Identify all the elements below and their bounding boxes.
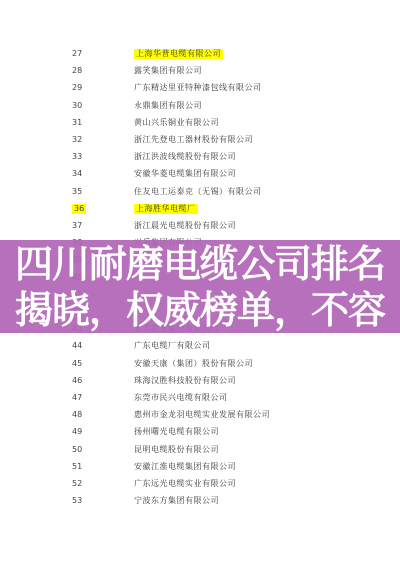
table-row: 30 永鼎集团有限公司 xyxy=(0,98,400,115)
promo-banner-headline: 四川耐磨电缆公司排名揭晓，权威榜单，不容 xyxy=(0,241,400,333)
table-row: 34 安徽华菱电缆集团有限公司 xyxy=(0,166,400,183)
company-name: 珠海汉胜科技股份有限公司 xyxy=(134,376,236,386)
company-name: 浙江洪波线缆股份有限公司 xyxy=(134,152,236,162)
rank-number: 32 xyxy=(72,135,82,145)
rank-number: 45 xyxy=(72,359,82,369)
rank-number: 34 xyxy=(72,169,82,179)
table-row: 27 上海华普电缆有限公司 xyxy=(0,46,400,63)
rank-number: 33 xyxy=(72,152,82,162)
table-row: 29 广东精达里亚特种漆包线有限公司 xyxy=(0,80,400,97)
rank-number: 37 xyxy=(72,221,82,231)
rank-number: 35 xyxy=(72,187,82,197)
table-row: 51 安徽江淮电缆集团有限公司 xyxy=(0,459,400,476)
rank-number: 36 xyxy=(72,204,86,214)
company-name: 安徽华菱电缆集团有限公司 xyxy=(134,169,236,179)
table-row: 35 住友电工运泰克（无锡）有限公司 xyxy=(0,184,400,201)
rank-number: 49 xyxy=(72,427,82,437)
table-row: 45 安徽天康（集团）股份有限公司 xyxy=(0,356,400,373)
rank-number: 28 xyxy=(72,66,82,76)
rank-number: 31 xyxy=(72,118,82,128)
table-row: 52 广东远光电缆实业有限公司 xyxy=(0,476,400,493)
company-name: 浙江晨光电缆股份有限公司 xyxy=(134,221,236,231)
company-name: 宁波东方集团有限公司 xyxy=(134,496,219,506)
rank-number: 47 xyxy=(72,393,82,403)
company-name: 安徽江淮电缆集团有限公司 xyxy=(134,462,236,472)
rank-number: 27 xyxy=(72,49,82,59)
table-row: 36 上海胜华电缆厂 xyxy=(0,201,400,218)
company-name: 住友电工运泰克（无锡）有限公司 xyxy=(134,187,262,197)
rank-number: 50 xyxy=(72,445,82,455)
company-name: 上海华普电缆有限公司 xyxy=(134,49,223,59)
rank-number: 52 xyxy=(72,479,82,489)
rank-number: 30 xyxy=(72,101,82,111)
table-row: 47 东莞市民兴电缆有限公司 xyxy=(0,390,400,407)
company-name: 永鼎集团有限公司 xyxy=(134,101,202,111)
company-name: 广东远光电缆实业有限公司 xyxy=(134,479,236,489)
company-name: 浙江先登电工器材股份有限公司 xyxy=(134,135,253,145)
rank-number: 48 xyxy=(72,410,82,420)
company-name: 惠州市金龙羽电缆实业发展有限公司 xyxy=(134,410,270,420)
company-name: 广东电缆厂有限公司 xyxy=(134,341,211,351)
company-name: 露笑集团有限公司 xyxy=(134,66,202,76)
table-row: 37 浙江晨光电缆股份有限公司 xyxy=(0,218,400,235)
company-name: 扬州曙光电缆有限公司 xyxy=(134,427,219,437)
rank-number: 29 xyxy=(72,83,82,93)
table-row: 32 浙江先登电工器材股份有限公司 xyxy=(0,132,400,149)
table-row: 44 广东电缆厂有限公司 xyxy=(0,338,400,355)
page-background: 27 上海华普电缆有限公司 28 露笑集团有限公司 29 广东精达里亚特种漆包线… xyxy=(0,0,400,566)
rank-number: 53 xyxy=(72,496,82,506)
rank-number: 51 xyxy=(72,462,82,472)
table-row: 46 珠海汉胜科技股份有限公司 xyxy=(0,373,400,390)
company-name: 东莞市民兴电缆有限公司 xyxy=(134,393,228,403)
table-row: 33 浙江洪波线缆股份有限公司 xyxy=(0,149,400,166)
company-name: 昆明电缆股份有限公司 xyxy=(134,445,219,455)
table-row: 31 黄山兴乐铜业有限公司 xyxy=(0,115,400,132)
table-row: 28 露笑集团有限公司 xyxy=(0,63,400,80)
company-name: 安徽天康（集团）股份有限公司 xyxy=(134,359,253,369)
rank-number: 44 xyxy=(72,341,82,351)
table-row: 49 扬州曙光电缆有限公司 xyxy=(0,424,400,441)
table-row: 50 昆明电缆股份有限公司 xyxy=(0,442,400,459)
company-name: 上海胜华电缆厂 xyxy=(134,204,198,214)
rank-number: 46 xyxy=(72,376,82,386)
table-row: 48 惠州市金龙羽电缆实业发展有限公司 xyxy=(0,407,400,424)
table-row: 53 宁波东方集团有限公司 xyxy=(0,493,400,510)
promo-banner[interactable]: 四川耐磨电缆公司排名揭晓，权威榜单，不容 xyxy=(0,240,400,333)
company-name: 广东精达里亚特种漆包线有限公司 xyxy=(134,83,262,93)
company-name: 黄山兴乐铜业有限公司 xyxy=(134,118,219,128)
